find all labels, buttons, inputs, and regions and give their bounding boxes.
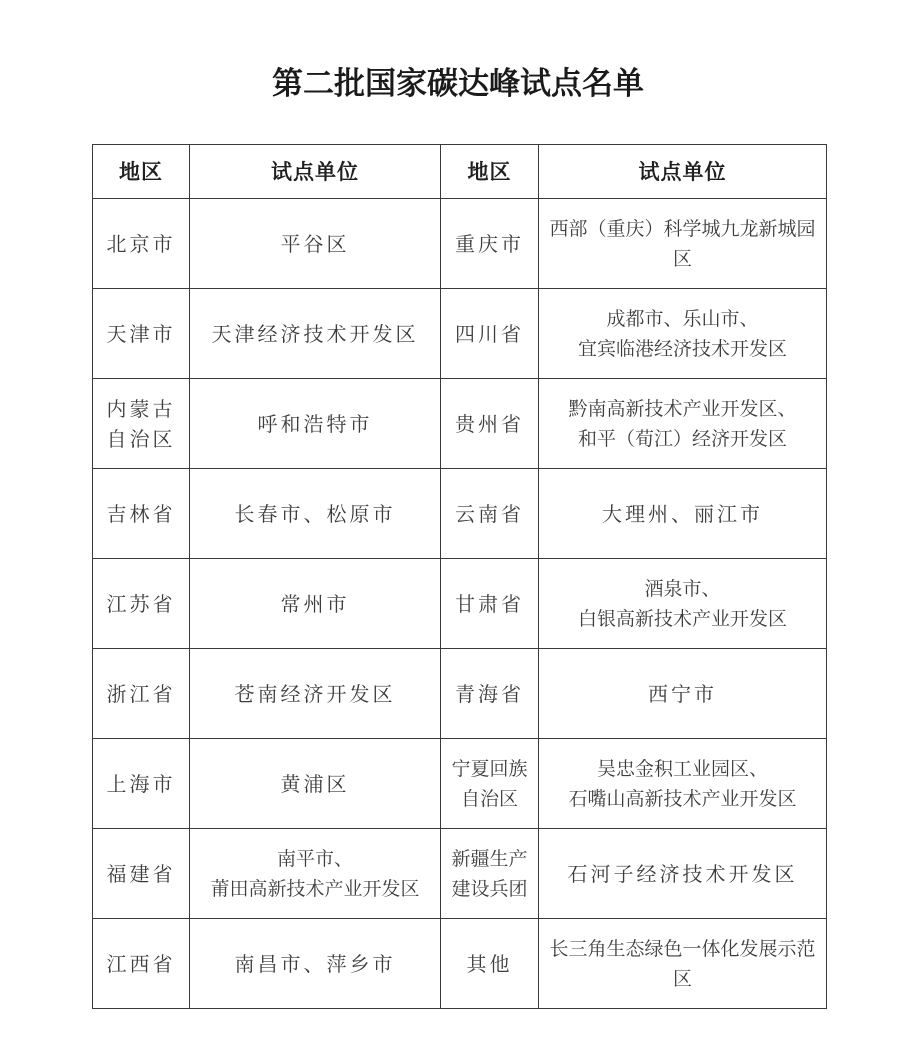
cell-text-line: 黔南高新技术产业开发区、 [541, 394, 824, 424]
right-unit-cell: 大理州、丽江市 [539, 469, 827, 559]
cell-text-line: 重庆市 [443, 229, 536, 259]
cell-text-line: 甘肃省 [443, 589, 536, 619]
cell-text-line: 宜宾临港经济技术开发区 [541, 334, 824, 364]
cell-text-line: 其他 [443, 949, 536, 979]
cell-text-line: 吉林省 [95, 499, 187, 529]
cell-text-line: 成都市、乐山市、 [541, 304, 824, 334]
right-unit-cell: 酒泉市、白银高新技术产业开发区 [539, 559, 827, 649]
right-unit-cell: 西部（重庆）科学城九龙新城园区 [539, 199, 827, 289]
cell-text-line: 南平市、 [192, 844, 438, 874]
table-row: 北京市平谷区重庆市西部（重庆）科学城九龙新城园区 [93, 199, 827, 289]
cell-text-line: 长三角生态绿色一体化发展示范区 [541, 934, 824, 994]
right-unit-cell: 石河子经济技术开发区 [539, 829, 827, 919]
table-body: 北京市平谷区重庆市西部（重庆）科学城九龙新城园区天津市天津经济技术开发区四川省成… [93, 199, 827, 1009]
left-region-cell: 江西省 [93, 919, 190, 1009]
left-region-cell: 福建省 [93, 829, 190, 919]
right-unit-cell: 黔南高新技术产业开发区、和平（荀江）经济开发区 [539, 379, 827, 469]
cell-text-line: 云南省 [443, 499, 536, 529]
cell-text-line: 内蒙古 [95, 394, 187, 424]
left-unit-cell: 南平市、莆田高新技术产业开发区 [190, 829, 441, 919]
cell-text-line: 西宁市 [541, 679, 824, 709]
cell-text-line: 黄浦区 [192, 769, 438, 799]
cell-text-line: 常州市 [192, 589, 438, 619]
table-header-row: 地区 试点单位 地区 试点单位 [93, 145, 827, 199]
left-unit-cell: 天津经济技术开发区 [190, 289, 441, 379]
cell-text-line: 白银高新技术产业开发区 [541, 604, 824, 634]
cell-text-line: 宁夏回族 [443, 754, 536, 784]
cell-text-line: 自治区 [443, 784, 536, 814]
cell-text-line: 长春市、松原市 [192, 499, 438, 529]
document-title: 第二批国家碳达峰试点名单 [0, 58, 916, 103]
cell-text-line: 建设兵团 [443, 874, 536, 904]
right-unit-cell: 西宁市 [539, 649, 827, 739]
cell-text-line: 江苏省 [95, 589, 187, 619]
left-region-cell: 北京市 [93, 199, 190, 289]
cell-text-line: 天津市 [95, 319, 187, 349]
cell-text-line: 大理州、丽江市 [541, 499, 824, 529]
cell-text-line: 自治区 [95, 424, 187, 454]
cell-text-line: 苍南经济开发区 [192, 679, 438, 709]
cell-text-line: 四川省 [443, 319, 536, 349]
cell-text-line: 和平（荀江）经济开发区 [541, 424, 824, 454]
cell-text-line: 青海省 [443, 679, 536, 709]
cell-text-line: 新疆生产 [443, 844, 536, 874]
right-unit-cell: 长三角生态绿色一体化发展示范区 [539, 919, 827, 1009]
left-unit-cell: 长春市、松原市 [190, 469, 441, 559]
table-row: 浙江省苍南经济开发区青海省西宁市 [93, 649, 827, 739]
table-row: 福建省南平市、莆田高新技术产业开发区新疆生产建设兵团石河子经济技术开发区 [93, 829, 827, 919]
cell-text-line: 呼和浩特市 [192, 409, 438, 439]
right-region-cell: 甘肃省 [441, 559, 539, 649]
pilot-list-table: 地区 试点单位 地区 试点单位 北京市平谷区重庆市西部（重庆）科学城九龙新城园区… [92, 144, 827, 1009]
header-region-left: 地区 [93, 145, 190, 199]
cell-text-line: 石河子经济技术开发区 [541, 859, 824, 889]
right-region-cell: 云南省 [441, 469, 539, 559]
right-region-cell: 青海省 [441, 649, 539, 739]
header-region-right: 地区 [441, 145, 539, 199]
left-unit-cell: 呼和浩特市 [190, 379, 441, 469]
right-unit-cell: 成都市、乐山市、宜宾临港经济技术开发区 [539, 289, 827, 379]
right-region-cell: 新疆生产建设兵团 [441, 829, 539, 919]
table-row: 吉林省长春市、松原市云南省大理州、丽江市 [93, 469, 827, 559]
cell-text-line: 江西省 [95, 949, 187, 979]
cell-text-line: 浙江省 [95, 679, 187, 709]
left-region-cell: 上海市 [93, 739, 190, 829]
cell-text-line: 平谷区 [192, 229, 438, 259]
cell-text-line: 南昌市、萍乡市 [192, 949, 438, 979]
left-unit-cell: 常州市 [190, 559, 441, 649]
cell-text-line: 天津经济技术开发区 [192, 319, 438, 349]
right-region-cell: 其他 [441, 919, 539, 1009]
table-row: 上海市黄浦区宁夏回族自治区吴忠金积工业园区、石嘴山高新技术产业开发区 [93, 739, 827, 829]
right-region-cell: 贵州省 [441, 379, 539, 469]
table-row: 江西省南昌市、萍乡市其他长三角生态绿色一体化发展示范区 [93, 919, 827, 1009]
header-unit-right: 试点单位 [539, 145, 827, 199]
left-unit-cell: 南昌市、萍乡市 [190, 919, 441, 1009]
left-region-cell: 吉林省 [93, 469, 190, 559]
table-row: 天津市天津经济技术开发区四川省成都市、乐山市、宜宾临港经济技术开发区 [93, 289, 827, 379]
right-region-cell: 重庆市 [441, 199, 539, 289]
cell-text-line: 北京市 [95, 229, 187, 259]
right-region-cell: 四川省 [441, 289, 539, 379]
left-unit-cell: 黄浦区 [190, 739, 441, 829]
left-region-cell: 天津市 [93, 289, 190, 379]
table-row: 内蒙古自治区呼和浩特市贵州省黔南高新技术产业开发区、和平（荀江）经济开发区 [93, 379, 827, 469]
cell-text-line: 吴忠金积工业园区、 [541, 754, 824, 784]
cell-text-line: 酒泉市、 [541, 574, 824, 604]
right-unit-cell: 吴忠金积工业园区、石嘴山高新技术产业开发区 [539, 739, 827, 829]
right-region-cell: 宁夏回族自治区 [441, 739, 539, 829]
cell-text-line: 上海市 [95, 769, 187, 799]
cell-text-line: 莆田高新技术产业开发区 [192, 874, 438, 904]
cell-text-line: 贵州省 [443, 409, 536, 439]
table-row: 江苏省常州市甘肃省酒泉市、白银高新技术产业开发区 [93, 559, 827, 649]
cell-text-line: 西部（重庆）科学城九龙新城园区 [541, 214, 824, 274]
header-unit-left: 试点单位 [190, 145, 441, 199]
left-region-cell: 内蒙古自治区 [93, 379, 190, 469]
cell-text-line: 石嘴山高新技术产业开发区 [541, 784, 824, 814]
left-unit-cell: 苍南经济开发区 [190, 649, 441, 739]
left-region-cell: 浙江省 [93, 649, 190, 739]
left-unit-cell: 平谷区 [190, 199, 441, 289]
left-region-cell: 江苏省 [93, 559, 190, 649]
cell-text-line: 福建省 [95, 859, 187, 889]
